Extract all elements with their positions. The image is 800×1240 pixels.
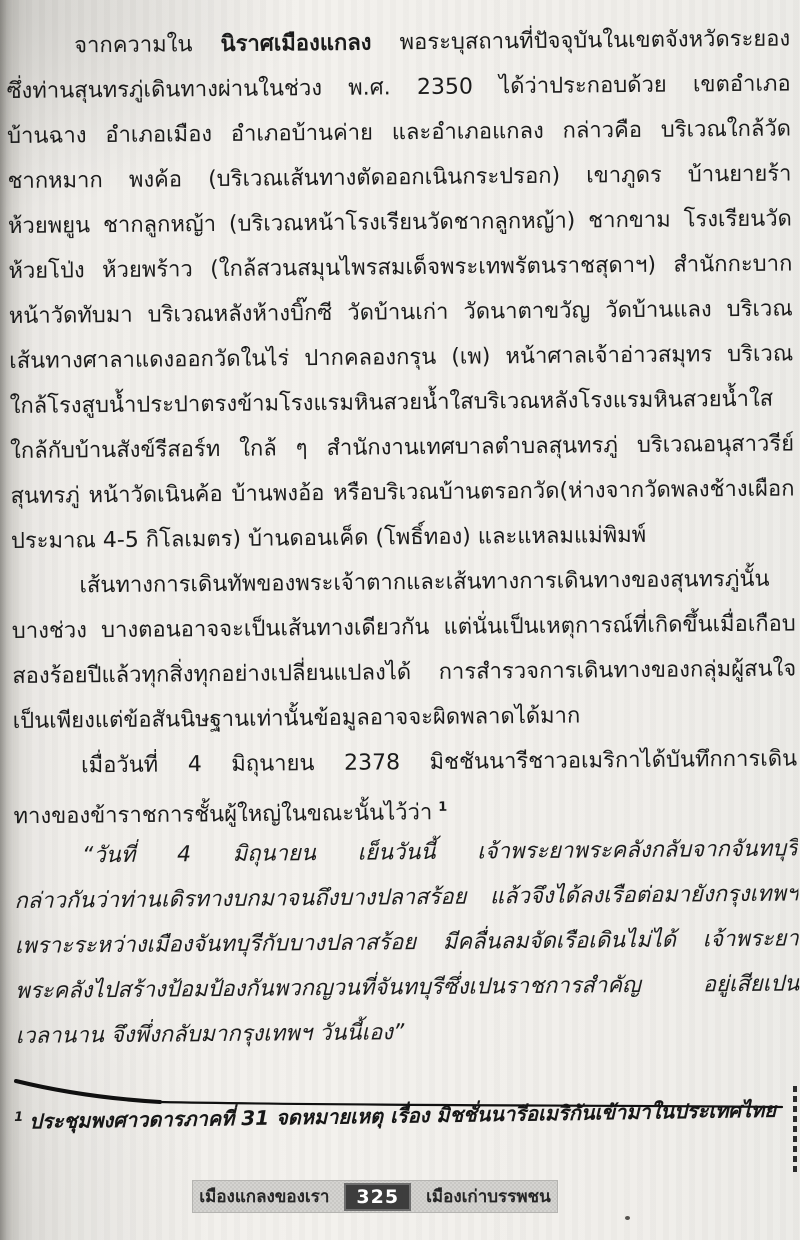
- text-line: บางช่วง บางตอนอาจจะเป็นเส้นทางเดียวกัน แ…: [12, 601, 796, 654]
- text-line: สองร้อยปีแล้วทุกสิ่งทุกอย่างเปลี่ยนแปลงไ…: [12, 646, 796, 699]
- text-line: หน้าวัดทับมา บริเวณหลังห้างบิ๊กซี วัดบ้า…: [9, 286, 793, 339]
- text-line: ประมาณ 4-5 กิโลเมตร) บ้านดอนเค็ด (โพธิ์ท…: [11, 511, 795, 564]
- footnote-marker: 1: [14, 1110, 23, 1125]
- book-title-niras-mueang-klaeng: นิราศเมืองแกลง: [220, 30, 371, 56]
- scan-speck: [625, 1216, 630, 1220]
- text-line: เมื่อวันที่ 4 มิถุนายน 2378 มิชชันนารีชา…: [13, 736, 797, 789]
- page-body-text: จากความใน นิราศเมืองแกลง พอระบุสถานที่ปั…: [6, 16, 800, 1058]
- text-line: บ้านฉาง อำเภอเมือง อำเภอบ้านค่าย และอำเภ…: [7, 106, 791, 159]
- text-line: เส้นทางศาลาแดงออกวัดในไร่ ปากคลองกรุน (เ…: [9, 331, 793, 384]
- text-line: “วันที่ 4 มิถุนายน เย็นวันนี้ เจ้าพระยาพ…: [14, 826, 798, 879]
- text-line: เป็นเพียงแต่ข้อสันนิษฐานเท่านั้นข้อมูลอา…: [12, 691, 796, 744]
- text-line: ซึ่งท่านสุนทรภู่เดินทางผ่านในช่วง พ.ศ. 2…: [6, 61, 790, 114]
- footer-left-label: เมืองแกลงของเรา: [199, 1183, 329, 1210]
- text-line: เส้นทางการเดินทัพของพระเจ้าตากและเส้นทาง…: [11, 556, 795, 609]
- footer-right-label: เมืองเก่าบรรพชน: [426, 1183, 551, 1210]
- text-line: ชากหมาก พงค้อ (บริเวณเส้นทางตัดออกเนินกร…: [7, 151, 791, 204]
- text-line: เวลานาน จึงพึ่งกลับมากรุงเทพฯ วันนี้เอง”: [16, 1006, 800, 1059]
- text-line: สุนทรภู่ หน้าวัดเนินค้อ บ้านพงอ้อ หรือบร…: [10, 466, 794, 519]
- text-line: ใกล้กับบ้านสังข์รีสอร์ท ใกล้ ๆ สำนักงานเ…: [10, 421, 794, 474]
- footnote-reference: 1: [438, 800, 447, 815]
- paragraph-text: จากความใน: [74, 32, 221, 58]
- text-line: ทางของข้าราชการชั้นผู้ใหญ่ในขณะนั้นไว้ว่…: [13, 781, 797, 834]
- page-number: 325: [344, 1183, 411, 1211]
- page-footer-band: เมืองแกลงของเรา 325 เมืองเก่าบรรพชน: [192, 1180, 558, 1213]
- paragraph-text: ทางของข้าราชการชั้นผู้ใหญ่ในขณะนั้นไว้ว่…: [13, 800, 432, 829]
- text-line: จากความใน นิราศเมืองแกลง พอระบุสถานที่ปั…: [6, 16, 790, 69]
- text-line: ใกล้โรงสูบน้ำประปาตรงข้ามโรงแรมหินสวยน้ำ…: [9, 376, 793, 429]
- text-line: กล่าวกันว่าท่านเดิรทางบกมาจนถึงบางปลาสร้…: [14, 871, 798, 924]
- text-line: ห้วยโป่ง ห้วยพร้าว (ใกล้สวนสมุนไพรสมเด็จ…: [8, 241, 792, 294]
- text-line: ห้วยพยูน ชากลูกหญ้า (บริเวณหน้าโรงเรียนว…: [8, 196, 792, 249]
- text-line: พระคลังไปสร้างป้อมป้องกันพวกญวนที่จันทบุ…: [15, 961, 799, 1014]
- footnote-text: ประชุมพงศาวดารภาคที่ 31 จดหมายเหตุ เรื่อ…: [29, 1098, 776, 1134]
- scan-artifact-right-edge: [793, 1086, 797, 1174]
- text-line: เพราะระหว่างเมืองจันทบุรีกับบางปลาสร้อย …: [15, 916, 799, 969]
- paragraph-text: พอระบุสถานที่ปัจจุบันในเขตจังหวัดระยอง: [371, 26, 790, 55]
